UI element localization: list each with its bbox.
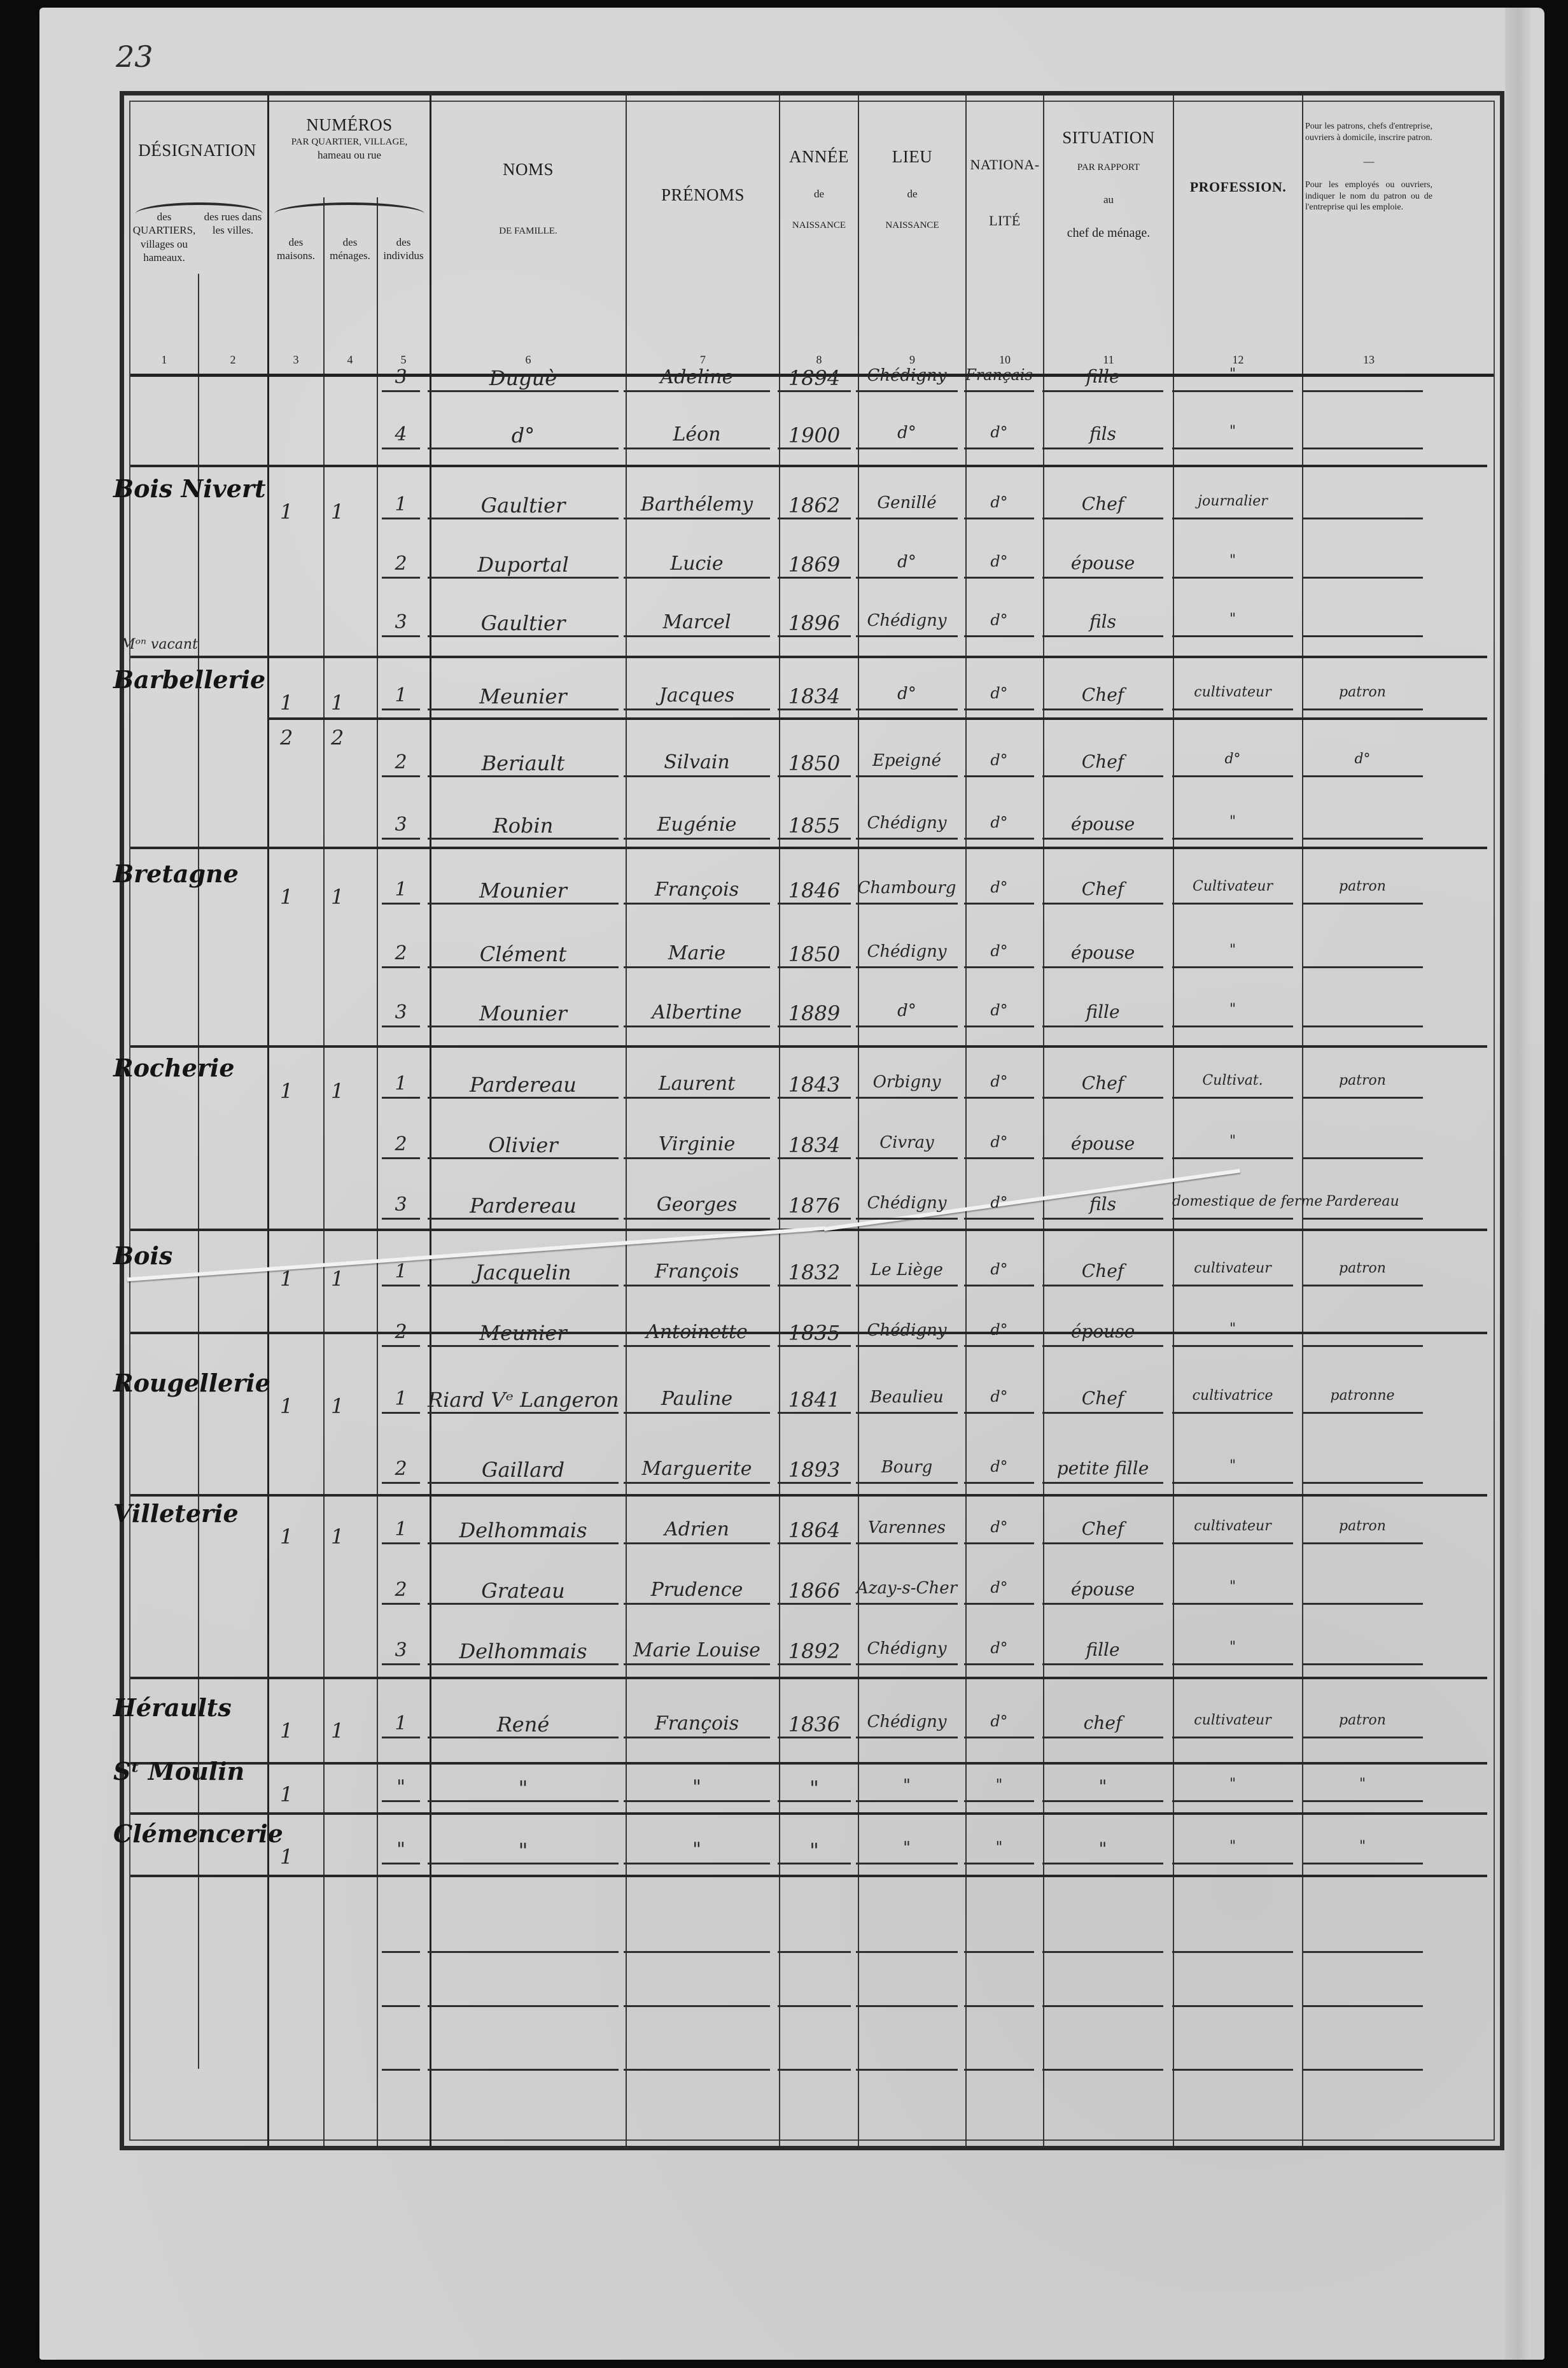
cell-situation: Chef [1042, 493, 1163, 514]
cell-maison: 1 [280, 1394, 293, 1418]
blank-entry-underline [1042, 2069, 1163, 2071]
place-name: Clémencerie [113, 1819, 283, 1848]
blank-entry-underline [382, 1951, 420, 1953]
cell-nat: d° [964, 1639, 1034, 1657]
blank-entry-underline [1172, 2069, 1293, 2071]
cell-lieu: Chambourg [856, 878, 958, 898]
header-noms: NOMS DE FAMILLE. [431, 159, 626, 237]
entry-underline [428, 1025, 619, 1027]
cell-profession: " [1172, 1639, 1293, 1655]
entry-underline [1042, 1025, 1163, 1027]
header-noms-title: NOMS [431, 159, 626, 181]
header-prenoms: PRÉNOMS [627, 185, 779, 206]
cell-profession: " [1172, 1838, 1293, 1854]
cell-prenom: " [624, 1838, 770, 1861]
cell-indiv: " [382, 1776, 420, 1798]
entry-underline [778, 577, 851, 579]
col-divider-1-2 [198, 274, 199, 2069]
entry-underline [856, 1345, 958, 1347]
header-nationalite: NATIONA- LITÉ [967, 156, 1043, 229]
cell-lieu: Epeigné [856, 751, 958, 770]
entry-underline [964, 838, 1034, 840]
header-patron-p2: Pour les employés ou ouvriers, indiquer … [1305, 180, 1432, 213]
entry-underline [382, 1800, 420, 1802]
entry-underline [856, 1482, 958, 1484]
blank-entry-underline [778, 2069, 851, 2071]
page-spine [1505, 8, 1530, 2360]
cell-menage: 1 [331, 1079, 344, 1103]
cell-annee: 1900 [778, 423, 851, 448]
entry-underline [1042, 577, 1163, 579]
cell-lieu: Chédigny [856, 366, 958, 385]
cell-profession: " [1172, 1776, 1293, 1792]
cell-nat: d° [964, 1458, 1034, 1476]
entry-underline [624, 1863, 770, 1864]
entry-underline [428, 1863, 619, 1864]
entry-underline [382, 577, 420, 579]
col-number-7: 7 [627, 353, 779, 367]
entry-underline [428, 1542, 619, 1544]
entry-underline [1302, 1157, 1423, 1159]
header-nationalite-l1: NATIONA- [967, 156, 1043, 174]
entry-underline [1302, 635, 1423, 637]
cell-nat: d° [964, 942, 1034, 960]
cell-menage: 1 [331, 1525, 344, 1549]
cell-lieu: Le Liège [856, 1260, 958, 1279]
entry-underline [624, 1412, 770, 1414]
cell-nom: Olivier [428, 1133, 619, 1157]
header-designation-rues: des rues dans les villes. [199, 210, 267, 237]
col-number-1: 1 [130, 353, 198, 367]
entry-underline [1042, 390, 1163, 392]
entry-underline [1042, 1218, 1163, 1220]
entry-underline [624, 1603, 770, 1605]
entry-underline [382, 1603, 420, 1605]
cell-situation: Chef [1042, 1518, 1163, 1539]
header-lieu-l3: NAISSANCE [859, 220, 965, 232]
entry-underline [778, 1542, 851, 1544]
entry-underline [1302, 1285, 1423, 1286]
cell-annee: 1841 [778, 1388, 851, 1412]
cell-annee: 1843 [778, 1073, 851, 1097]
cell-nat: d° [964, 1073, 1034, 1090]
entry-underline [856, 1863, 958, 1864]
entry-underline [624, 577, 770, 579]
cell-menage: 1 [331, 1719, 344, 1743]
entry-underline [382, 903, 420, 905]
blank-entry-underline [1302, 2005, 1423, 2007]
cell-indiv: 1 [382, 878, 420, 901]
cell-prenom: Marcel [624, 611, 770, 633]
entry-underline [1172, 635, 1293, 637]
place-name: Barbellerie [113, 665, 265, 694]
cell-nat: d° [964, 493, 1034, 511]
entry-underline [624, 635, 770, 637]
cell-profession: cultivateur [1172, 1518, 1293, 1534]
cell-prenom: Marie [624, 942, 770, 964]
entry-underline [1302, 1097, 1423, 1099]
entry-underline [856, 1542, 958, 1544]
entry-underline [624, 518, 770, 519]
cell-lieu: Chédigny [856, 814, 958, 833]
header-profession: PROFESSION. [1174, 178, 1302, 196]
place-name: Bois [113, 1241, 172, 1270]
entry-underline [624, 1218, 770, 1220]
entry-underline [964, 1157, 1034, 1159]
header-maisons: des maisons. [269, 236, 323, 263]
cell-maison: 1 [280, 691, 293, 715]
place-name: Héraults [113, 1693, 232, 1722]
entry-underline [428, 390, 619, 392]
place-name: Bretagne [113, 859, 239, 888]
entry-underline [382, 838, 420, 840]
entry-underline [778, 1025, 851, 1027]
entry-underline [1172, 1345, 1293, 1347]
entry-underline [382, 1482, 420, 1484]
col-number-2: 2 [199, 353, 267, 367]
col-number-11: 11 [1044, 353, 1173, 367]
cell-situation: épouse [1042, 942, 1163, 963]
cell-lieu: Civray [856, 1133, 958, 1152]
entry-underline [1172, 1412, 1293, 1414]
cell-situation: Chef [1042, 684, 1163, 705]
header-maisons-text: des maisons. [269, 236, 323, 263]
household-separator [130, 1762, 1487, 1765]
cell-patron: " [1302, 1776, 1423, 1792]
entry-underline [1302, 1863, 1423, 1864]
header-annee-l2: de [780, 187, 858, 201]
place-name: Sᵗ Moulin [113, 1757, 244, 1786]
entry-underline [428, 1800, 619, 1802]
entry-underline [1302, 577, 1423, 579]
entry-underline [964, 1542, 1034, 1544]
header-prenoms-title: PRÉNOMS [627, 185, 779, 206]
place-name: Villeterie [113, 1499, 239, 1528]
entry-underline [778, 1863, 851, 1864]
header-situation-l4: chef de ménage. [1044, 225, 1173, 241]
header-situation: SITUATION PAR RAPPORT au chef de ménage. [1044, 127, 1173, 241]
entry-underline [624, 1097, 770, 1099]
cell-prenom: Pauline [624, 1388, 770, 1410]
entry-underline [1172, 390, 1293, 392]
entry-underline [1302, 838, 1423, 840]
entry-underline [856, 838, 958, 840]
blank-entry-underline [624, 2069, 770, 2071]
entry-underline [778, 1663, 851, 1665]
col-number-8: 8 [780, 353, 858, 367]
cell-lieu: Azay-s-Cher [856, 1579, 958, 1598]
cell-indiv: 1 [382, 1260, 420, 1283]
col-number-10: 10 [967, 353, 1043, 367]
cell-indiv: 2 [382, 942, 420, 964]
cell-profession: " [1172, 1321, 1293, 1337]
cell-indiv: 3 [382, 1001, 420, 1024]
entry-underline [964, 1482, 1034, 1484]
cell-situation: Chef [1042, 1260, 1163, 1281]
entry-underline [1302, 1412, 1423, 1414]
entry-underline [1172, 1157, 1293, 1159]
cell-prenom: " [624, 1776, 770, 1798]
cell-patron: Pardereau [1302, 1194, 1423, 1209]
cell-situation: petite fille [1042, 1458, 1163, 1479]
entry-underline [856, 1218, 958, 1220]
cell-lieu: Chédigny [856, 611, 958, 630]
entry-underline [856, 708, 958, 710]
header-annee-l3: NAISSANCE [780, 220, 858, 232]
household-separator [130, 656, 1487, 658]
col-number-13: 13 [1305, 353, 1432, 367]
entry-underline [1042, 518, 1163, 519]
entry-underline [856, 1025, 958, 1027]
cell-nom: Beriault [428, 751, 619, 775]
entry-underline [382, 635, 420, 637]
cell-annee: 1836 [778, 1712, 851, 1737]
cell-lieu: Orbigny [856, 1073, 958, 1092]
cell-profession: cultivateur [1172, 1260, 1293, 1276]
cell-patron: patron [1302, 1518, 1423, 1534]
header-individus-text: des individus [377, 236, 430, 263]
entry-underline [856, 1097, 958, 1099]
cell-prenom: Laurent [624, 1073, 770, 1095]
entry-underline [1042, 448, 1163, 449]
cell-prenom: Marie Louise [624, 1639, 770, 1661]
cell-nom: Jacquelin [428, 1260, 619, 1285]
cell-indiv: 3 [382, 1194, 420, 1216]
entry-underline [856, 518, 958, 519]
entry-underline [856, 448, 958, 449]
cell-prenom: Léon [624, 423, 770, 446]
entry-underline [778, 1482, 851, 1484]
cell-situation: Chef [1042, 878, 1163, 899]
entry-underline [856, 903, 958, 905]
header-numeros-line2: PAR QUARTIER, VILLAGE, [269, 136, 430, 148]
cell-annee: 1846 [778, 878, 851, 903]
cell-nat: d° [964, 878, 1034, 896]
cell-situation: Chef [1042, 1388, 1163, 1409]
entry-underline [382, 1737, 420, 1738]
entry-underline [382, 448, 420, 449]
entry-underline [428, 708, 619, 710]
cell-nat: d° [964, 1133, 1034, 1151]
cell-lieu: d° [856, 423, 958, 442]
cell-indiv: 2 [382, 751, 420, 773]
entry-underline [964, 577, 1034, 579]
cell-situation: " [1042, 1776, 1163, 1797]
entry-underline [1172, 1285, 1293, 1286]
entry-underline [1042, 903, 1163, 905]
entry-underline [624, 1737, 770, 1738]
col-number-5: 5 [377, 353, 430, 367]
header-situation-l3: au [1044, 193, 1173, 206]
cell-nat: Français [964, 366, 1034, 384]
cell-lieu: d° [856, 684, 958, 703]
cell-annee: 1850 [778, 751, 851, 775]
cell-situation: épouse [1042, 1579, 1163, 1600]
cell-menage: 1 [331, 691, 344, 715]
col-divider-3-4 [323, 197, 325, 2146]
cell-nom: " [428, 1838, 619, 1863]
entry-underline [624, 1800, 770, 1802]
blank-entry-underline [778, 1951, 851, 1953]
household-separator [130, 1494, 1487, 1497]
col-number-12: 12 [1174, 353, 1302, 367]
blank-entry-underline [1042, 2005, 1163, 2007]
entry-underline [964, 775, 1034, 777]
entry-underline [1302, 1218, 1423, 1220]
cell-lieu: Bourg [856, 1458, 958, 1477]
header-situation-l2: PAR RAPPORT [1044, 162, 1173, 174]
cell-profession: cultivateur [1172, 1712, 1293, 1728]
cell-situation: fils [1042, 423, 1163, 444]
cell-nat: d° [964, 1321, 1034, 1339]
cell-nom: d° [428, 423, 619, 448]
cell-nom: Gaultier [428, 611, 619, 635]
entry-underline [778, 1345, 851, 1347]
entry-underline [964, 1412, 1034, 1414]
cell-nom: Meunier [428, 1321, 619, 1345]
cell-prenom: Virginie [624, 1133, 770, 1155]
cell-situation: fils [1042, 1194, 1163, 1215]
cell-nat: " [964, 1776, 1034, 1794]
entry-underline [1172, 903, 1293, 905]
cell-annee: 1834 [778, 684, 851, 708]
cell-nom: Grateau [428, 1579, 619, 1603]
header-nationalite-l2: LITÉ [967, 212, 1043, 230]
entry-underline [778, 1218, 851, 1220]
cell-prenom: Prudence [624, 1579, 770, 1601]
cell-annee: 1866 [778, 1579, 851, 1603]
household-separator [130, 847, 1487, 849]
cell-prenom: Adrien [624, 1518, 770, 1540]
household-separator [267, 717, 1487, 720]
cell-profession: " [1172, 553, 1293, 568]
header-situation-l1: SITUATION [1044, 127, 1173, 149]
entry-underline [428, 838, 619, 840]
entry-underline [778, 448, 851, 449]
entry-underline [1042, 1157, 1163, 1159]
cell-patron: patron [1302, 1260, 1423, 1276]
cell-nom: Robin [428, 814, 619, 838]
col-number-9: 9 [859, 353, 965, 367]
cell-prenom: Marguerite [624, 1458, 770, 1480]
cell-patron: patronne [1302, 1388, 1423, 1404]
cell-nom: Duguè [428, 366, 619, 390]
cell-profession: " [1172, 366, 1293, 382]
cell-lieu: Beaulieu [856, 1388, 958, 1407]
col-number-4: 4 [324, 353, 376, 367]
header-lieu-l2: de [859, 187, 965, 201]
entry-underline [964, 1218, 1034, 1220]
cell-prenom: Albertine [624, 1001, 770, 1024]
entry-underline [964, 518, 1034, 519]
cell-maison: 1 [280, 1719, 293, 1743]
entry-underline [382, 1285, 420, 1286]
cell-prenom: Georges [624, 1194, 770, 1216]
entry-underline [428, 1345, 619, 1347]
entry-underline [778, 966, 851, 968]
entry-underline [624, 1542, 770, 1544]
entry-underline [1302, 1025, 1423, 1027]
cell-prenom: François [624, 878, 770, 901]
entry-underline [778, 1603, 851, 1605]
entry-underline [964, 1863, 1034, 1864]
entry-underline [778, 635, 851, 637]
cell-nom: Mounier [428, 878, 619, 903]
cell-indiv: 3 [382, 814, 420, 836]
header-menages-text: des ménages. [324, 236, 376, 263]
cell-nom: Pardereau [428, 1073, 619, 1097]
entry-underline [856, 1737, 958, 1738]
entry-underline [856, 1285, 958, 1286]
entry-underline [382, 518, 420, 519]
entry-underline [1042, 1800, 1163, 1802]
entry-underline [382, 1218, 420, 1220]
blank-entry-underline [1302, 1951, 1423, 1953]
col-number-6: 6 [431, 353, 626, 367]
entry-underline [1302, 518, 1423, 519]
entry-underline [428, 1285, 619, 1286]
entry-underline [1302, 1737, 1423, 1738]
entry-underline [1042, 1097, 1163, 1099]
cell-annee: 1850 [778, 942, 851, 966]
entry-underline [428, 1218, 619, 1220]
col-divider-4-5 [377, 197, 378, 2146]
cell-nom: Pardereau [428, 1194, 619, 1218]
blank-entry-underline [428, 2069, 619, 2071]
entry-underline [1172, 1737, 1293, 1738]
entry-underline [624, 1025, 770, 1027]
cell-maison: 1 [280, 1267, 293, 1291]
header-numeros-line3: hameau ou rue [269, 148, 430, 162]
margin-note: Mᵒⁿ vacant [121, 637, 198, 652]
header-numeros: NUMÉROS PAR QUARTIER, VILLAGE, hameau ou… [269, 115, 430, 162]
blank-entry-underline [964, 2005, 1034, 2007]
cell-indiv: 2 [382, 1458, 420, 1480]
entry-underline [382, 1157, 420, 1159]
cell-profession: cultivatrice [1172, 1388, 1293, 1404]
cell-menage: 1 [331, 1394, 344, 1418]
header-profession-title: PROFESSION. [1174, 178, 1302, 196]
entry-underline [856, 577, 958, 579]
cell-nat: d° [964, 553, 1034, 570]
entry-underline [428, 577, 619, 579]
entry-underline [1172, 775, 1293, 777]
entry-underline [1172, 708, 1293, 710]
entry-underline [964, 1603, 1034, 1605]
cell-prenom: François [624, 1712, 770, 1735]
cell-profession: journalier [1172, 493, 1293, 509]
cell-situation: fille [1042, 366, 1163, 387]
cell-annee: 1862 [778, 493, 851, 518]
entry-underline [856, 1412, 958, 1414]
entry-underline [964, 1737, 1034, 1738]
header-lieu-l1: LIEU [859, 146, 965, 168]
entry-underline [1302, 1663, 1423, 1665]
header-designation-rues-text: des rues dans les villes. [199, 210, 267, 237]
entry-underline [428, 966, 619, 968]
cell-nom: Mounier [428, 1001, 619, 1025]
entry-underline [382, 1412, 420, 1414]
cell-nat: d° [964, 814, 1034, 831]
cell-menage: 1 [331, 500, 344, 524]
entry-underline [964, 390, 1034, 392]
cell-indiv: " [382, 1838, 420, 1861]
entry-underline [778, 1157, 851, 1159]
cell-lieu: Genillé [856, 493, 958, 512]
entry-underline [856, 1157, 958, 1159]
header-patron-dash: — [1305, 155, 1432, 168]
cell-prenom: Barthélemy [624, 493, 770, 516]
